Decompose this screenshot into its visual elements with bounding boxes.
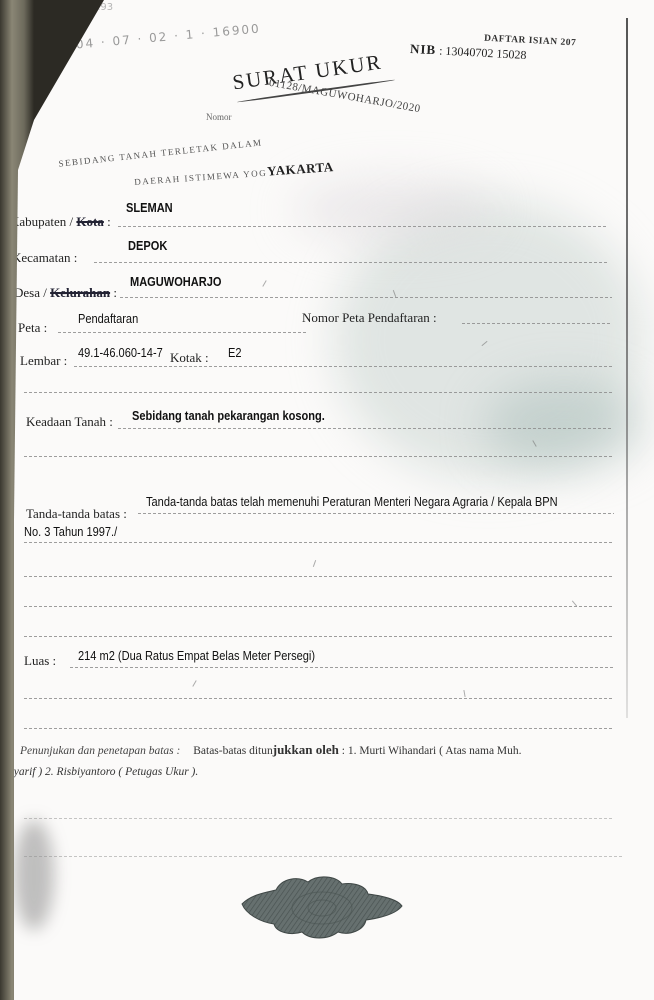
rule-line xyxy=(94,262,609,263)
dust-speck xyxy=(192,680,196,687)
nib-label: NIB xyxy=(410,41,437,57)
kecamatan-value: DEPOK xyxy=(128,238,167,253)
rule-line xyxy=(24,698,614,699)
keadaan-tanah-label: Keadaan Tanah : xyxy=(26,414,113,430)
location-heading-line1: SEBIDANG TANAH TERLETAK DALAM xyxy=(58,137,263,168)
stain xyxy=(334,200,644,480)
corner-number: 193 xyxy=(94,2,113,13)
rule-line xyxy=(24,542,614,543)
rule-line xyxy=(24,576,614,577)
rule-line xyxy=(24,728,614,729)
rule-line xyxy=(24,856,624,857)
dust-speck xyxy=(481,341,487,346)
lembar-value: 49.1-46.060-14-7 xyxy=(78,345,163,360)
nomor-value: 01128/MAGUWOHARJO/2020 xyxy=(268,77,421,115)
location-heading-line2: DAERAH ISTIMEWA YOGYAKARTA xyxy=(134,159,334,189)
kecamatan-label: Kecamatan : xyxy=(12,250,77,266)
luas-label: Luas : xyxy=(24,653,56,669)
keadaan-tanah-value: Sebidang tanah pekarangan kosong. xyxy=(132,408,325,423)
stain xyxy=(294,180,494,240)
rule-line xyxy=(24,606,614,607)
rule-line xyxy=(462,323,612,324)
penunjukan-line2: Syarif ) 2. Risbiyantoro ( Petugas Ukur … xyxy=(8,766,198,778)
rule-line xyxy=(138,513,614,514)
rule-line xyxy=(118,428,613,429)
nib-value: 13040702 15028 xyxy=(445,44,527,62)
rule-line xyxy=(24,636,614,637)
page-edge-line xyxy=(626,18,628,718)
rule-line xyxy=(58,332,308,333)
kabupaten-label: Kabupaten / Kota : xyxy=(10,214,111,230)
peta-label: Peta : xyxy=(18,320,47,336)
rule-line xyxy=(120,297,612,298)
tanda-batas-label: Tanda-tanda batas : xyxy=(26,506,127,522)
penunjukan-line1: Penunjukan dan penetapan batas : Batas-b… xyxy=(20,742,522,758)
kabupaten-value: SLEMAN xyxy=(126,200,173,215)
serial-digits: · 04 · 07 · 02 · 1 · 16900 xyxy=(64,21,262,52)
nomor-label: Nomor xyxy=(206,112,232,122)
luas-value: 214 m2 (Dua Ratus Empat Belas Meter Pers… xyxy=(78,648,315,663)
rule-line xyxy=(70,667,614,668)
rule-line xyxy=(74,366,614,367)
nomor-peta-label: Nomor Peta Pendaftaran : xyxy=(302,310,437,326)
desa-label: Desa / Kelurahan : xyxy=(14,285,117,301)
dust-speck xyxy=(393,290,396,297)
tanda-batas-value-line1: Tanda-tanda batas telah memenuhi Peratur… xyxy=(146,494,558,509)
tanda-batas-value-line2: No. 3 Tahun 1997./ xyxy=(24,524,117,539)
kotak-label: Kotak : xyxy=(170,350,209,366)
surat-ukur-document: 193 · 04 · 07 · 02 · 1 · 16900 DAFTAR IS… xyxy=(14,0,654,1000)
dust-speck xyxy=(463,690,465,697)
embossed-seal-icon xyxy=(238,872,408,942)
stain xyxy=(14,820,54,930)
dust-speck xyxy=(313,560,316,567)
dust-speck xyxy=(262,280,266,287)
desa-value: MAGUWOHARJO xyxy=(130,274,221,289)
kotak-value: E2 xyxy=(228,345,242,360)
rule-line xyxy=(24,392,614,393)
dust-speck xyxy=(532,440,536,447)
penunjukan-label: Penunjukan dan penetapan batas : xyxy=(20,745,180,757)
rule-line xyxy=(24,456,614,457)
rule-line xyxy=(118,226,608,227)
rule-line xyxy=(24,818,614,819)
photo-background: 193 · 04 · 07 · 02 · 1 · 16900 DAFTAR IS… xyxy=(0,0,654,1000)
lembar-label: Lembar : xyxy=(20,353,67,369)
peta-value: Pendaftaran xyxy=(78,311,138,326)
